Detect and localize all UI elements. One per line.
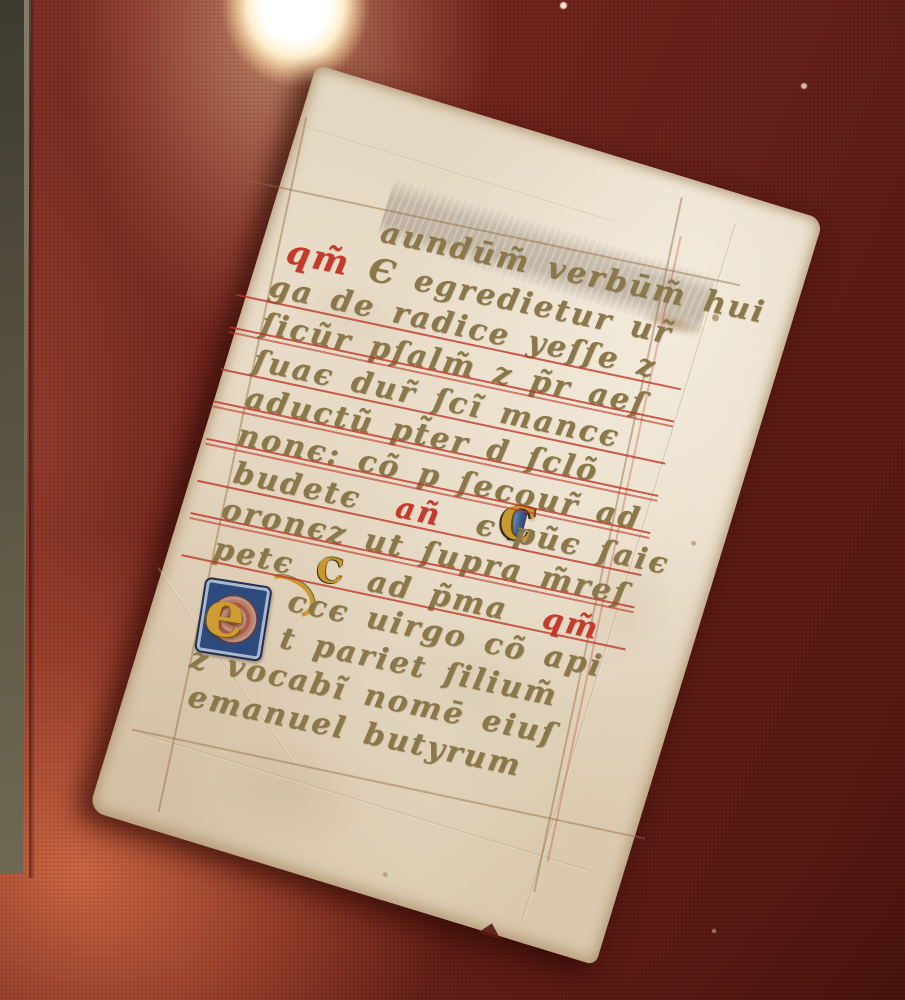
text-block: e C aundūm̃ verbūm̃ huiqm̃ Є egredietur … xyxy=(168,194,700,853)
dust-speck xyxy=(712,929,716,933)
matboard-shadow-seam xyxy=(29,0,35,878)
dust-speck xyxy=(560,2,567,9)
stain-spot xyxy=(382,871,388,877)
dust-speck xyxy=(801,83,807,89)
stain-spot xyxy=(691,540,697,546)
text-run: C xyxy=(310,551,353,593)
display-case-photo: e C aundūm̃ verbūm̃ huiqm̃ Є egredietur … xyxy=(0,0,905,1000)
